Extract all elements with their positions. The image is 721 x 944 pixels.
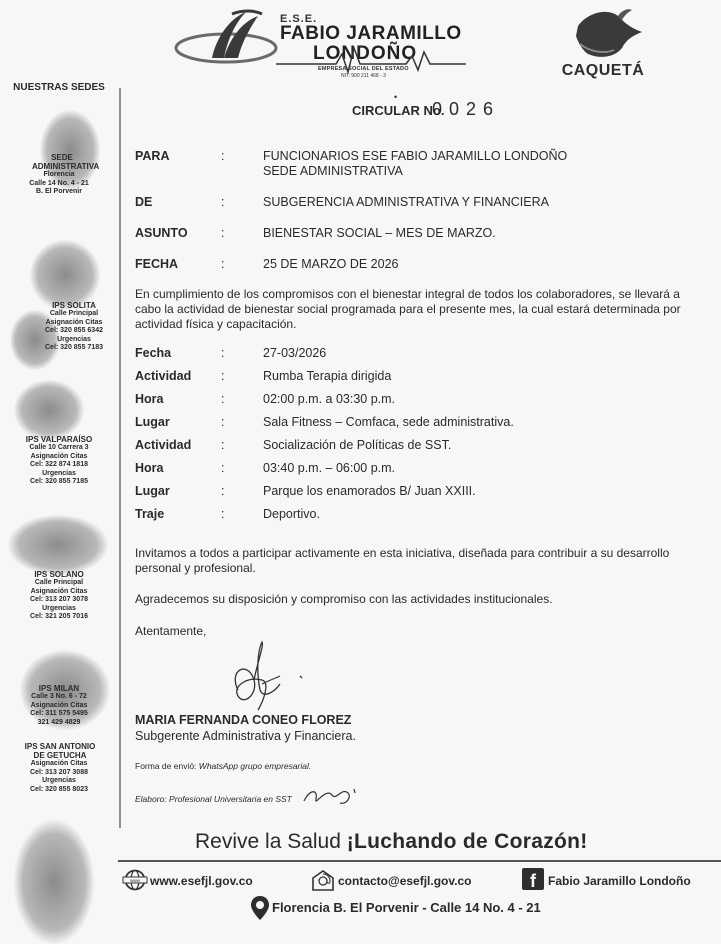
- detail-key: Fecha: [135, 346, 171, 360]
- sede-line: Asignación Citas: [0, 702, 118, 711]
- ese-logo: E.S.E. FABIO JARAMILLO LONDOÑO EMPRESA S…: [168, 6, 468, 78]
- sede-line: Calle 10 Carrera 3: [0, 444, 118, 453]
- website-link[interactable]: www.esefjl.gov.co: [150, 874, 253, 888]
- sede-line: Calle Principal: [0, 579, 118, 588]
- email-link[interactable]: contacto@esefjl.gov.co: [338, 874, 472, 888]
- org-name-line1: FABIO JARAMILLO: [280, 23, 462, 45]
- sede-line: Asignación Citas: [0, 760, 118, 769]
- facebook-icon: f: [522, 868, 544, 890]
- sede-line: Urgencias: [0, 605, 118, 614]
- sidebar-title-text: NUESTRAS SEDES: [13, 82, 105, 93]
- facebook-link[interactable]: Fabio Jaramillo Londoño: [548, 874, 691, 888]
- sede-line: Cel: 320 855 8023: [0, 786, 118, 795]
- field-colon: :: [221, 149, 224, 163]
- globe-icon: www: [122, 869, 148, 891]
- detail-key: Lugar: [135, 484, 170, 498]
- closing-text: Atentamente,: [135, 624, 695, 639]
- address: Florencia B. El Porvenir - Calle 14 No. …: [272, 900, 541, 915]
- detail-colon: :: [221, 484, 224, 498]
- detail-value: 02:00 p.m. a 03:30 p.m.: [263, 392, 395, 406]
- detail-key: Actividad: [135, 438, 191, 452]
- caqueta-logo: CAQUETÁ: [548, 6, 658, 82]
- field-value: FUNCIONARIOS ESE FABIO JARAMILLO LONDOÑO: [263, 149, 567, 163]
- detail-key: Lugar: [135, 415, 170, 429]
- ocelot-illustration-icon: [8, 515, 108, 575]
- detail-colon: :: [221, 438, 224, 452]
- field-value: 25 DE MARZO DE 2026: [263, 257, 398, 271]
- sede-line: 321 429 4829: [0, 719, 118, 728]
- elaborated-by-value: Profesional Universitaria en SST: [169, 794, 292, 804]
- org-tagline: EMPRESA SOCIAL DEL ESTADO: [318, 66, 409, 72]
- detail-colon: :: [221, 415, 224, 429]
- sidebar-divider: [119, 88, 121, 828]
- svg-text:f: f: [530, 871, 537, 890]
- sede-line: Cel: 313 207 3088: [0, 769, 118, 778]
- field-value: SUBGERENCIA ADMINISTRATIVA Y FINANCIERA: [263, 195, 549, 209]
- detail-key: Hora: [135, 392, 163, 406]
- ips-milan: IPS MILAN Calle 3 No. 6 - 72 Asignación …: [0, 684, 118, 727]
- detail-key: Traje: [135, 507, 164, 521]
- field-colon: :: [221, 257, 224, 271]
- field-key: FECHA: [135, 257, 178, 271]
- ese-logo-mark-icon: [172, 8, 280, 68]
- field-colon: :: [221, 195, 224, 209]
- location-pin-icon: [250, 895, 270, 921]
- signer-name: MARIA FERNANDA CONEO FLOREZ: [135, 713, 351, 727]
- ips-san-antonio-de-getucha: IPS SAN ANTONIO DE GETUCHA Asignación Ci…: [0, 742, 118, 794]
- sede-line: Cel: 320 855 7185: [0, 478, 118, 487]
- detail-value: 27-03/2026: [263, 346, 326, 360]
- plant-illustration-icon: [30, 240, 100, 310]
- detail-colon: :: [221, 369, 224, 383]
- sede-line: Urgencias: [0, 777, 118, 786]
- detail-value: Socialización de Políticas de SST.: [263, 438, 451, 452]
- sede-line: Asignación Citas: [0, 588, 118, 597]
- sidebar-title: NUESTRAS SEDES: [0, 82, 118, 94]
- signer-role: Subgerente Administrativa y Financiera.: [135, 729, 356, 743]
- detail-key: Actividad: [135, 369, 191, 383]
- detail-value: Sala Fitness – Comfaca, sede administrat…: [263, 415, 514, 429]
- detail-value: Deportivo.: [263, 507, 320, 521]
- sede-name: IPS SAN ANTONIO DE GETUCHA: [20, 742, 100, 760]
- email-icon: [310, 868, 336, 892]
- field-key: ASUNTO: [135, 226, 188, 240]
- field-value: BIENESTAR SOCIAL – MES DE MARZO.: [263, 226, 496, 240]
- sede-line: Urgencias: [0, 336, 118, 345]
- sede-line: Calle Principal: [0, 310, 118, 319]
- ips-solano: IPS SOLANO Calle Principal Asignación Ci…: [0, 570, 118, 622]
- send-method-value: WhatsApp grupo empresarial.: [199, 761, 311, 771]
- sede-line: Asignación Citas: [0, 453, 118, 462]
- sidebar-sedes: NUESTRAS SEDES SEDE ADMINISTRATIVA Flore…: [0, 80, 118, 944]
- sede-name: IPS SOLANO: [0, 570, 118, 579]
- slogan-bold: ¡Luchando de Corazón!: [347, 830, 588, 853]
- footer-divider: [118, 860, 721, 862]
- elaborated-by: Elaboro: Profesional Universitaria en SS…: [135, 794, 292, 804]
- sede-line: Asignación Citas: [0, 319, 118, 328]
- slogan-regular: Revive la Salud: [195, 830, 347, 853]
- caqueta-bird-icon: [548, 6, 658, 64]
- sede-name: IPS VALPARAÍSO: [0, 435, 118, 444]
- ips-solita: IPS SOLITA Calle Principal Asignación Ci…: [0, 301, 118, 353]
- field-colon: :: [221, 226, 224, 240]
- detail-colon: :: [221, 461, 224, 475]
- sede-line: Cel: 320 855 7183: [0, 344, 118, 353]
- org-nit: NIT: 900 211 468 - 3: [341, 73, 386, 79]
- sede-name: SEDE ADMINISTRATIVA: [32, 153, 92, 171]
- sede-line: Calle 14 No. 4 - 21: [0, 180, 118, 189]
- slogan: Revive la Salud ¡Luchando de Corazón!: [195, 830, 588, 854]
- detail-key: Hora: [135, 461, 163, 475]
- stamp-mark: •: [394, 92, 397, 102]
- circular-number: 0026: [432, 99, 500, 120]
- sede-administrativa: SEDE ADMINISTRATIVA Florencia Calle 14 N…: [0, 153, 118, 197]
- sede-line: Urgencias: [0, 470, 118, 479]
- elaborated-by-label: Elaboro:: [135, 794, 167, 804]
- thanks-paragraph: Agradecemos su disposición y compromiso …: [135, 592, 695, 607]
- ips-valparaiso: IPS VALPARAÍSO Calle 10 Carrera 3 Asigna…: [0, 435, 118, 487]
- initials-signature-icon: [300, 783, 360, 809]
- send-method-label: Forma de envió:: [135, 761, 196, 771]
- svg-text:www: www: [130, 878, 140, 883]
- detail-value: Parque los enamorados B/ Juan XXIII.: [263, 484, 476, 498]
- sede-line: Florencia: [0, 171, 118, 180]
- send-method: Forma de envió: WhatsApp grupo empresari…: [135, 761, 311, 771]
- detail-colon: :: [221, 346, 224, 360]
- caqueta-text: CAQUETÁ: [548, 62, 658, 80]
- detail-value: 03:40 p.m. – 06:00 p.m.: [263, 461, 395, 475]
- detail-colon: :: [221, 392, 224, 406]
- sede-line: Cel: 321 205 7016: [0, 613, 118, 622]
- indigenous-woman-illustration-icon: [14, 820, 94, 944]
- circular-label: CIRCULAR No.: [352, 103, 444, 118]
- sede-line: B. El Porvenir: [0, 188, 118, 197]
- field-key: PARA: [135, 149, 170, 163]
- intro-paragraph: En cumplimiento de los compromisos con e…: [135, 287, 695, 332]
- signature-icon: [218, 640, 308, 715]
- sede-line: Calle 3 No. 6 - 72: [0, 693, 118, 702]
- sede-line: Cel: 320 855 6342: [0, 327, 118, 336]
- detail-value: Rumba Terapia dirigida: [263, 369, 391, 383]
- sede-line: Cel: 311 575 5495: [0, 710, 118, 719]
- sede-line: Cel: 313 207 3078: [0, 596, 118, 605]
- field-key: DE: [135, 195, 152, 209]
- field-value: SEDE ADMINISTRATIVA: [263, 164, 403, 178]
- detail-colon: :: [221, 507, 224, 521]
- sede-line: Cel: 322 874 1818: [0, 461, 118, 470]
- sede-name: IPS SOLITA: [0, 301, 118, 310]
- sloth-illustration-icon: [14, 380, 84, 440]
- sede-name: IPS MILAN: [0, 684, 118, 693]
- invite-paragraph: Invitamos a todos a participar activamen…: [135, 546, 695, 576]
